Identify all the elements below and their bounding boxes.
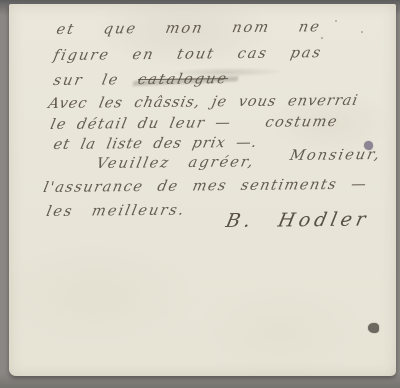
handwriting-line: l'assurance de mes sentiments — bbox=[42, 177, 369, 196]
letter-paper: et que mon nom ne figure en tout cas pas… bbox=[9, 4, 396, 376]
handwriting-line: Veuillez agréer,Monsieur, bbox=[95, 153, 382, 172]
line-text: et que mon nom ne bbox=[55, 19, 322, 38]
handwriting-line: et la liste des prix —. bbox=[52, 135, 259, 153]
handwriting-line: et que mon nom ne bbox=[55, 19, 322, 38]
punch-hole-bottom bbox=[368, 323, 379, 333]
handwriting-line: figure en tout cas pas bbox=[52, 45, 324, 64]
line-text: figure en tout cas pas bbox=[52, 45, 324, 64]
signature-text: B. Hodler bbox=[224, 209, 371, 232]
paper-speck bbox=[321, 37, 323, 39]
line-text: Avec les châssis, je vous enverrai bbox=[47, 93, 360, 112]
handwriting-line: Avec les châssis, je vous enverrai bbox=[47, 93, 360, 112]
line-text: le détail du leur — bbox=[49, 115, 233, 133]
paper-speck bbox=[361, 31, 363, 33]
struck-word: catalogue bbox=[136, 71, 229, 88]
line-text: et la liste des prix —. bbox=[52, 135, 259, 153]
handwriting-line: sur le catalogue bbox=[52, 71, 230, 89]
handwriting-line: les meilleurs. bbox=[45, 203, 187, 220]
punch-hole-top bbox=[364, 141, 373, 150]
handwriting-line: le détail du leur —costume bbox=[49, 114, 340, 133]
line-trail-word: costume bbox=[264, 114, 340, 131]
paper-speck bbox=[335, 20, 337, 22]
line-text: sur le bbox=[52, 72, 140, 89]
line-text: l'assurance de mes sentiments — bbox=[42, 177, 369, 196]
signature: B. Hodler bbox=[224, 209, 371, 232]
line-text: les meilleurs. bbox=[45, 203, 187, 220]
line-text: Veuillez agréer, bbox=[95, 154, 256, 172]
